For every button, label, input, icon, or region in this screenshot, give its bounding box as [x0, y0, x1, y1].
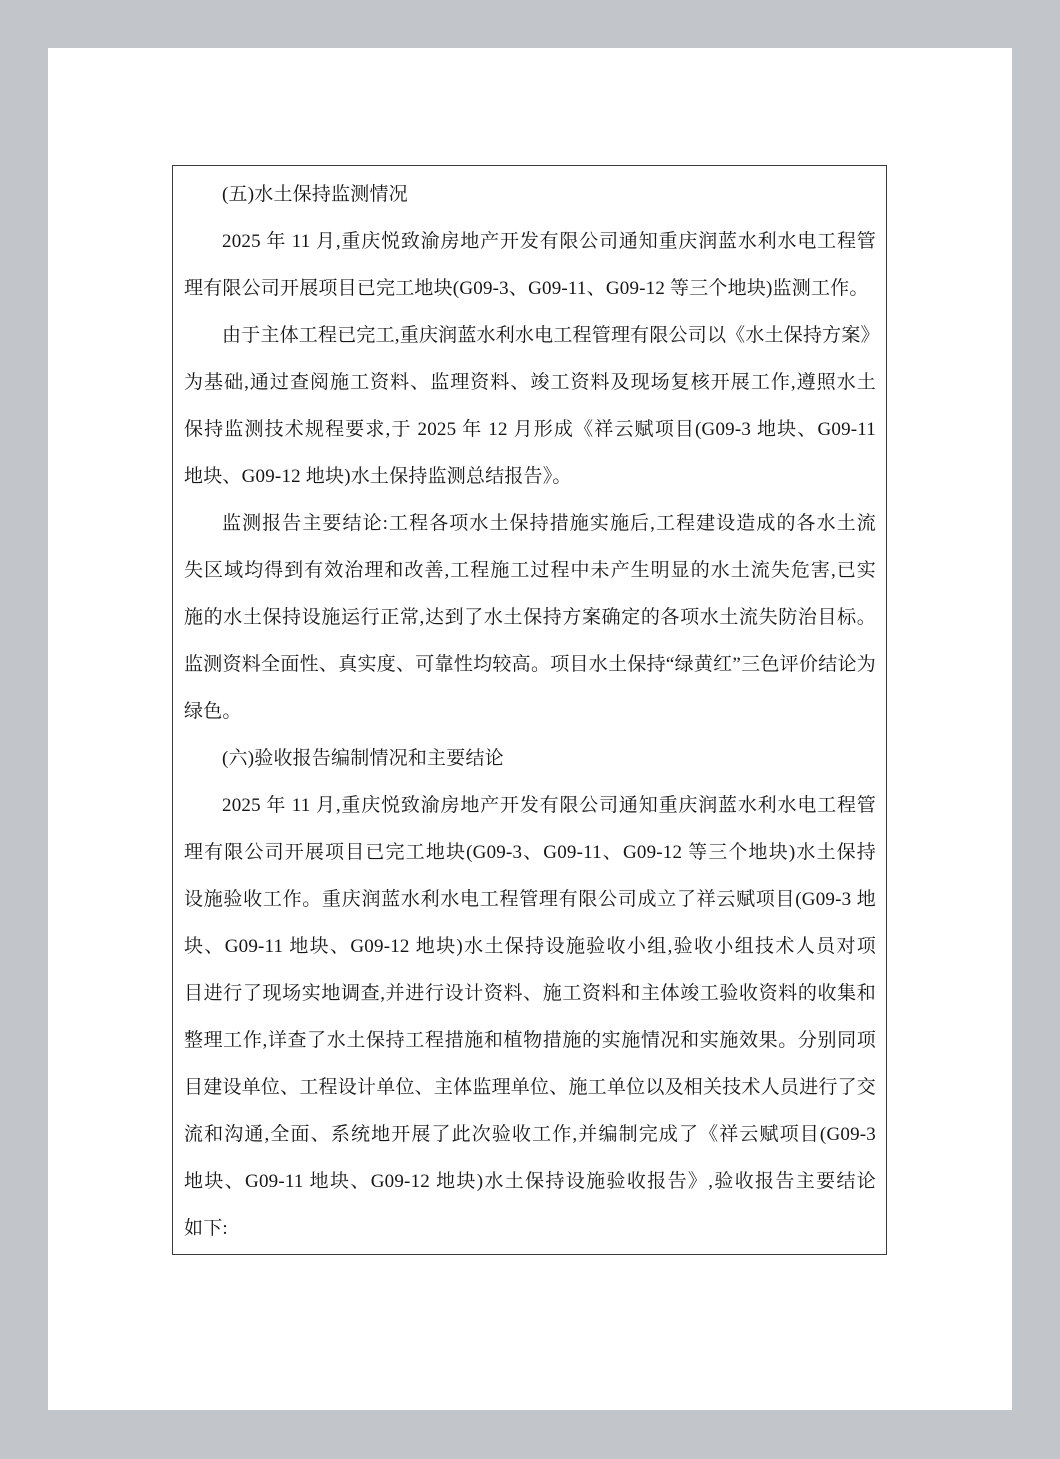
- paragraph-line: 失区域均得到有效治理和改善,工程施工过程中未产生明显的水土流失危害,已实: [184, 547, 876, 594]
- paragraph-line: 绿色。: [184, 688, 876, 735]
- paragraph-line: 2025 年 11 月,重庆悦致渝房地产开发有限公司通知重庆润蓝水利水电工程管: [184, 218, 876, 265]
- paragraph-line: 目进行了现场实地调查,并进行设计资料、施工资料和主体竣工验收资料的收集和: [184, 970, 876, 1017]
- paragraph-line: 2025 年 11 月,重庆悦致渝房地产开发有限公司通知重庆润蓝水利水电工程管: [184, 782, 876, 829]
- paragraph-line: 为基础,通过查阅施工资料、监理资料、竣工资料及现场复核开展工作,遵照水土: [184, 359, 876, 406]
- paragraph-line: 块、G09-11 地块、G09-12 地块)水土保持设施验收小组,验收小组技术人…: [184, 923, 876, 970]
- section-heading-line: (五)水土保持监测情况: [184, 171, 876, 218]
- document-page: (五)水土保持监测情况2025 年 11 月,重庆悦致渝房地产开发有限公司通知重…: [48, 48, 1012, 1410]
- paragraph-line: 由于主体工程已完工,重庆润蓝水利水电工程管理有限公司以《水土保持方案》: [184, 312, 876, 359]
- paragraph-line: 如下:: [184, 1205, 876, 1252]
- section-heading-line: (六)验收报告编制情况和主要结论: [184, 735, 876, 782]
- paragraph-line: 理有限公司开展项目已完工地块(G09-3、G09-11、G09-12 等三个地块…: [184, 265, 876, 312]
- paragraph-line: 地块、G09-11 地块、G09-12 地块)水土保持设施验收报告》,验收报告主…: [184, 1158, 876, 1205]
- paragraph-line: 流和沟通,全面、系统地开展了此次验收工作,并编制完成了《祥云赋项目(G09-3: [184, 1111, 876, 1158]
- paragraph-line: 监测资料全面性、真实度、可靠性均较高。项目水土保持“绿黄红”三色评价结论为: [184, 641, 876, 688]
- paragraph-line: 保持监测技术规程要求,于 2025 年 12 月形成《祥云赋项目(G09-3 地…: [184, 406, 876, 453]
- paragraph-line: 理有限公司开展项目已完工地块(G09-3、G09-11、G09-12 等三个地块…: [184, 829, 876, 876]
- paragraph-line: 监测报告主要结论:工程各项水土保持措施实施后,工程建设造成的各水土流: [184, 500, 876, 547]
- paragraph-line: 设施验收工作。重庆润蓝水利水电工程管理有限公司成立了祥云赋项目(G09-3 地: [184, 876, 876, 923]
- paragraph-line: 目建设单位、工程设计单位、主体监理单位、施工单位以及相关技术人员进行了交: [184, 1064, 876, 1111]
- content-box: (五)水土保持监测情况2025 年 11 月,重庆悦致渝房地产开发有限公司通知重…: [172, 165, 887, 1255]
- paragraph-line: 地块、G09-12 地块)水土保持监测总结报告》。: [184, 453, 876, 500]
- paragraph-line: 整理工作,详查了水土保持工程措施和植物措施的实施情况和实施效果。分别同项: [184, 1017, 876, 1064]
- paragraph-line: 施的水土保持设施运行正常,达到了水土保持方案确定的各项水土流失防治目标。: [184, 594, 876, 641]
